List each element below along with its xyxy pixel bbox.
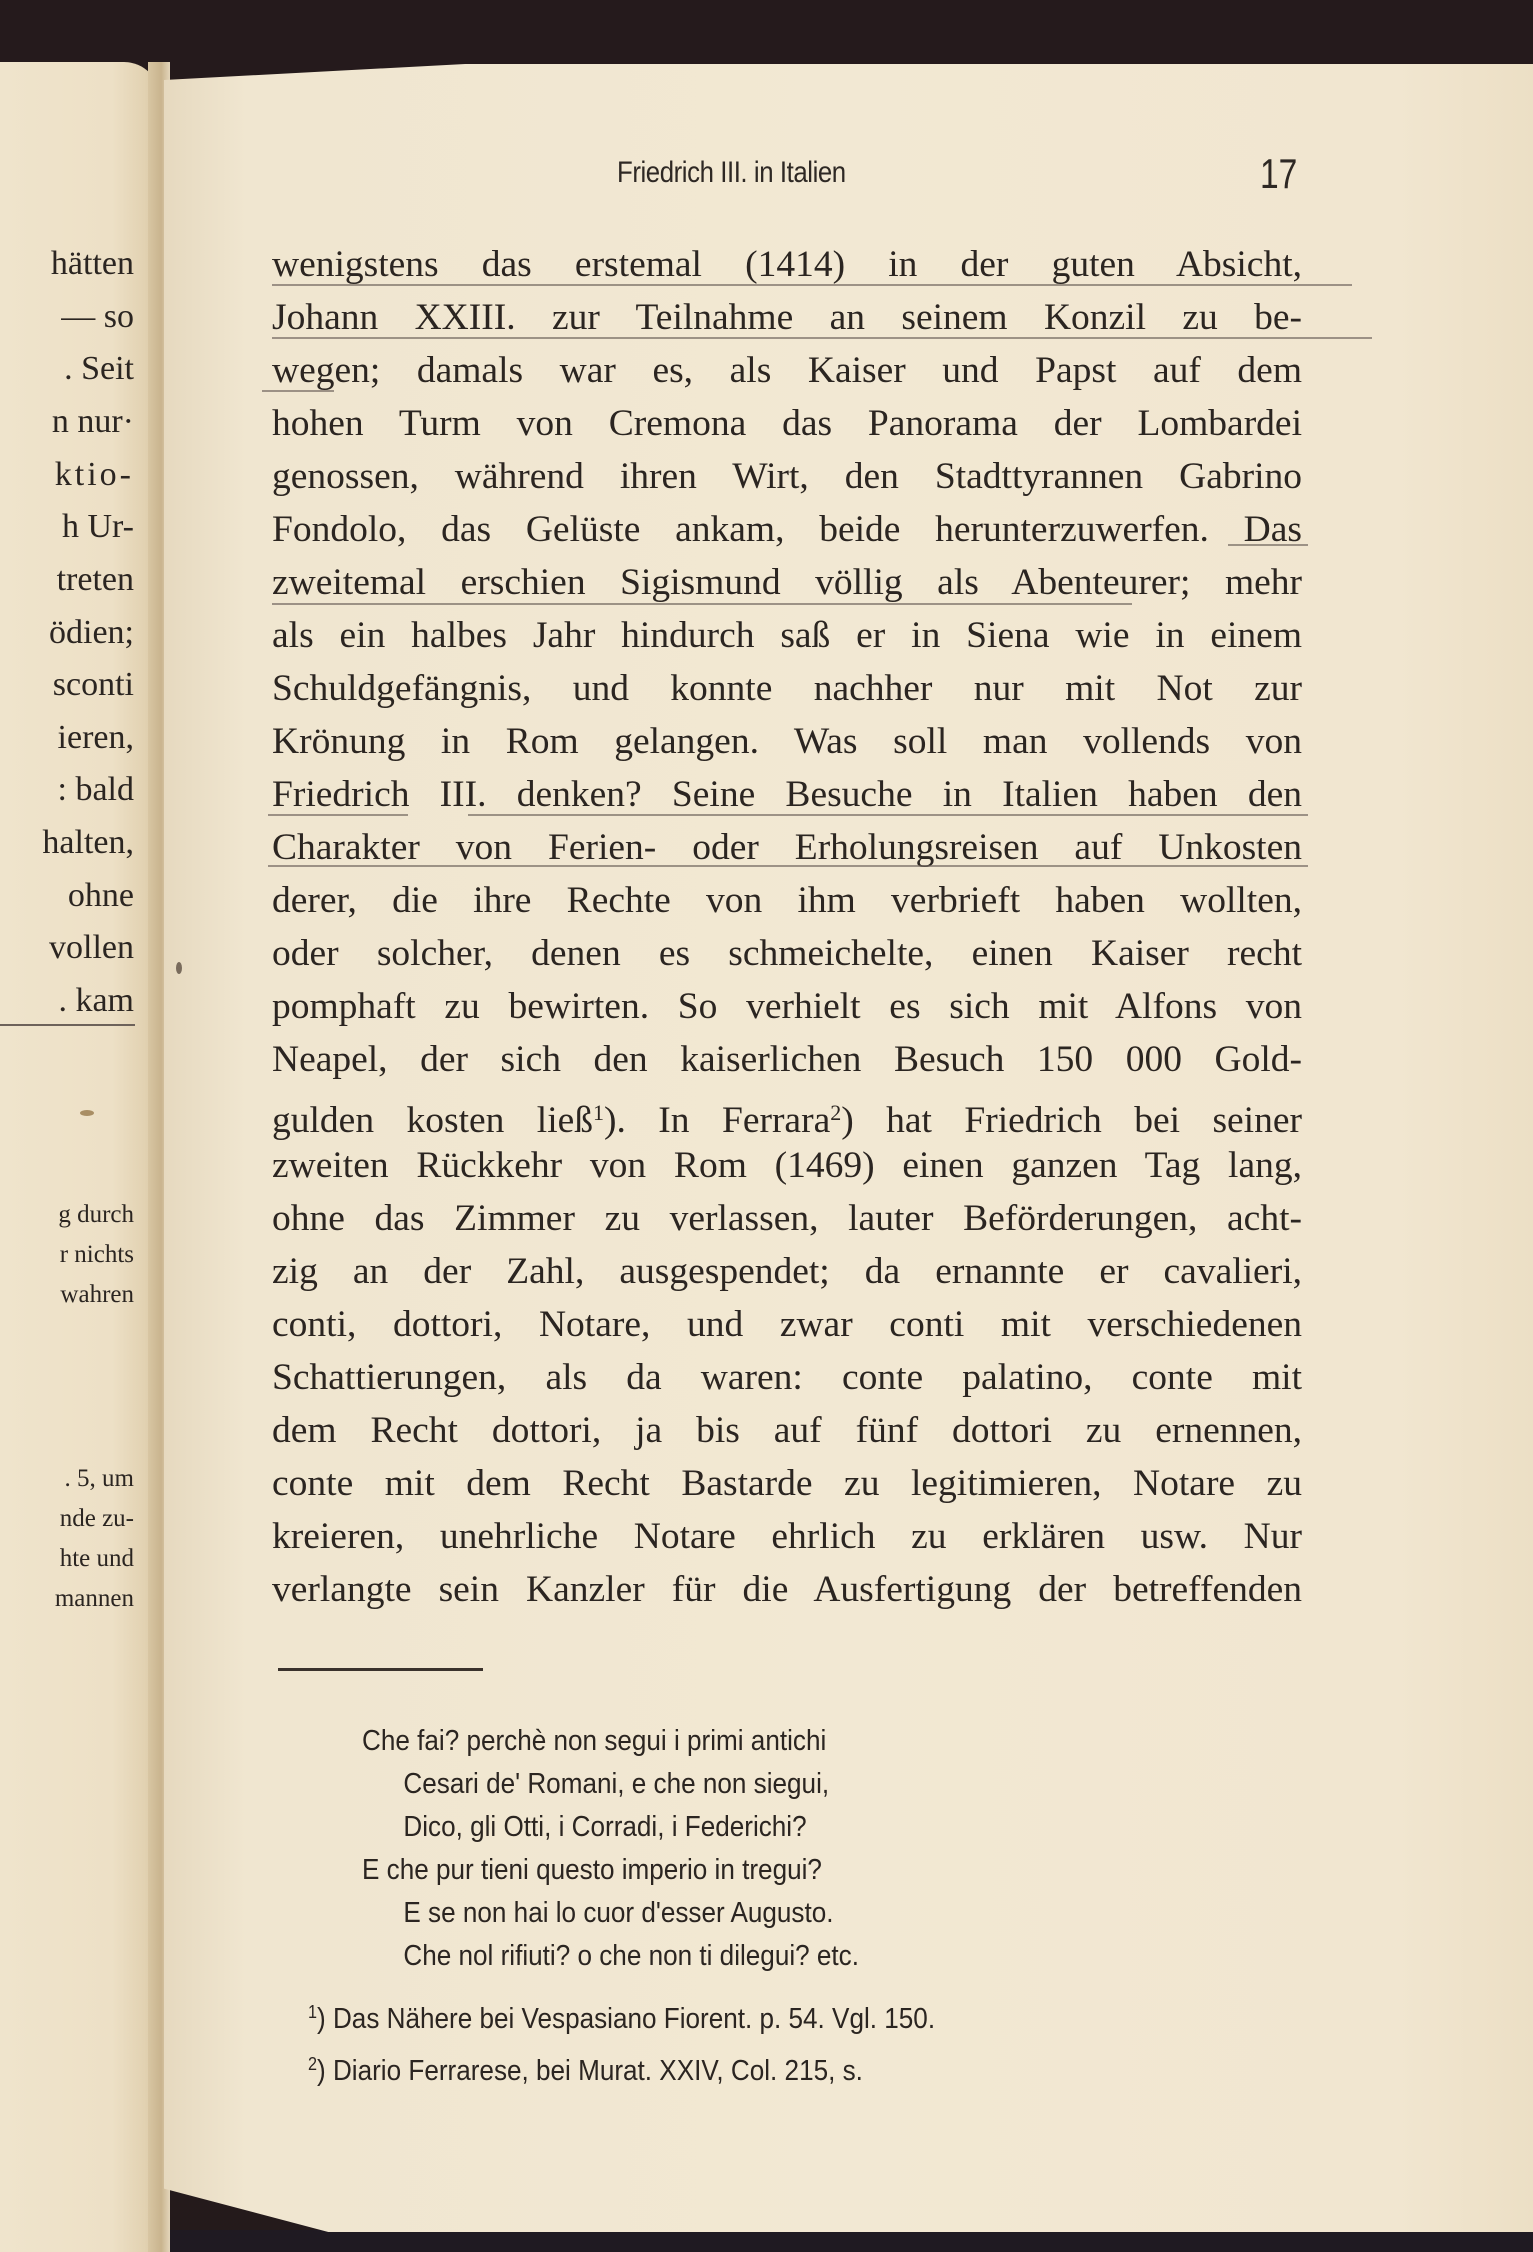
footnote-ref-2[interactable]: 2 [830, 1100, 841, 1125]
body-text: wenigstens das erstemal (1414) in der gu… [272, 238, 1302, 1616]
footnote-text: ) Das Nähere bei Vespasiano Fiorent. p. … [317, 2003, 935, 2035]
footnote-ref-1[interactable]: 1 [593, 1100, 604, 1125]
left-page-fragment: h Ur- [62, 510, 134, 544]
pencil-underline [272, 337, 1372, 339]
body-line: hohen Turm von Cremona das Panorama der … [272, 397, 1302, 450]
scan-background-top [0, 0, 1533, 70]
verse-line: E se non hai lo cuor d'esser Augusto. [362, 1892, 859, 1935]
left-page-fragment: hätten [51, 247, 134, 281]
verse-quotation: Che fai? perchè non segui i primi antich… [362, 1720, 914, 1978]
body-line: kreieren, unehrliche Notare ehrlich zu e… [272, 1510, 1302, 1563]
verse-line: Che nol rifiuti? o che non ti dilegui? e… [362, 1935, 859, 1978]
left-page-footnote-fragment: r nichts [60, 1242, 134, 1267]
footnote-divider [278, 1668, 483, 1671]
footnote-mark: 2 [308, 2054, 317, 2074]
footnote-2: 2) Diario Ferrarese, bei Murat. XXIV, Co… [308, 2042, 935, 2094]
body-line: Schuldgefängnis, und konnte nachher nur … [272, 662, 1302, 715]
body-line: zweitemal erschien Sigismund völlig als … [272, 556, 1302, 609]
body-line: conti, dottori, Notare, und zwar conti m… [272, 1298, 1302, 1351]
pencil-underline [268, 865, 1308, 867]
body-line: zweiten Rückkehr von Rom (1469) einen ga… [272, 1139, 1302, 1192]
pencil-underline [268, 814, 408, 816]
text-segment: gulden kosten ließ [272, 1100, 593, 1141]
left-page-fragment: ohne [68, 879, 134, 913]
left-page-fragment: ödien; [49, 616, 134, 650]
paper-stain [80, 1110, 94, 1116]
left-page-fragment: — so [61, 300, 134, 334]
body-line: als ein halbes Jahr hindurch saß er in S… [272, 609, 1302, 662]
running-head: Friedrich III. in Italien [617, 156, 846, 190]
text-segment: ). In Ferrara [604, 1100, 830, 1141]
body-line-with-footnote-refs: gulden kosten ließ1). In Ferrara2) hat F… [272, 1086, 1302, 1139]
body-line: conte mit dem Recht Bastarde zu legitimi… [272, 1457, 1302, 1510]
left-page-footnote-fragment: nde zu- [60, 1506, 134, 1531]
left-page-fragment: treten [57, 563, 134, 597]
left-page-footnote-fragment: . 5, um [65, 1466, 134, 1491]
body-line: derer, die ihre Rechte von ihm verbrieft… [272, 874, 1302, 927]
footnote-1: 1) Das Nähere bei Vespasiano Fiorent. p.… [308, 1990, 935, 2042]
body-line: verlangte sein Kanzler für die Ausfertig… [272, 1563, 1302, 1616]
verse-line: Che fai? perchè non segui i primi antich… [362, 1720, 859, 1763]
body-line: pomphaft zu bewirten. So verhielt es sic… [272, 980, 1302, 1033]
left-page-footnote-fragment: hte und [60, 1546, 134, 1571]
left-page-fragment: ieren, [58, 721, 134, 755]
body-line: Krönung in Rom gelangen. Was soll man vo… [272, 715, 1302, 768]
body-line: dem Recht dottori, ja bis auf fünf dotto… [272, 1404, 1302, 1457]
verse-line: E che pur tieni questo imperio in tregui… [362, 1849, 859, 1892]
left-page-fragment: n nur· [52, 405, 134, 439]
footnotes: 1) Das Nähere bei Vespasiano Fiorent. p.… [308, 1990, 1005, 2094]
body-line: oder solcher, denen es schmeichelte, ein… [272, 927, 1302, 980]
body-line: Neapel, der sich den kaiserlichen Besuch… [272, 1033, 1302, 1086]
pencil-underline [272, 603, 1132, 605]
body-line: genossen, während ihren Wirt, den Stadtt… [272, 450, 1302, 503]
body-line: Fondolo, das Gelüste ankam, beide herunt… [272, 503, 1302, 556]
verse-line: Cesari de' Romani, e che non siegui, [362, 1763, 859, 1806]
verse-line: Dico, gli Otti, i Corradi, i Federichi? [362, 1806, 859, 1849]
footnote-mark: 1 [308, 2002, 317, 2022]
left-page-fragment: . Seit [64, 352, 134, 386]
page-number: 17 [1260, 150, 1297, 198]
ink-mark [176, 962, 182, 974]
pencil-underline [262, 390, 334, 392]
pencil-underline [1228, 544, 1308, 546]
left-page-fragment: . kam [58, 984, 134, 1018]
left-page-footnote-fragment: g durch [58, 1202, 134, 1227]
body-line: wegen; damals war es, als Kaiser und Pap… [272, 344, 1302, 397]
body-line: zig an der Zahl, ausgespendet; da ernann… [272, 1245, 1302, 1298]
footnote-text: ) Diario Ferrarese, bei Murat. XXIV, Col… [317, 2055, 863, 2087]
left-page-footnote-fragment: mannen [55, 1586, 134, 1611]
scan-background-bottom [0, 2230, 1533, 2252]
left-page-fragment: halten, [42, 826, 134, 860]
left-page-fragment: sconti [53, 668, 134, 702]
text-segment: ) hat Friedrich bei seiner [841, 1100, 1302, 1141]
pencil-underline [468, 814, 1308, 816]
body-line: Schattierungen, als da waren: conte pala… [272, 1351, 1302, 1404]
left-page-fragment: : bald [58, 773, 134, 807]
left-facing-page: hätten — so . Seit n nur· ktio- h Ur- tr… [0, 62, 160, 2252]
left-page-fragment: ktio- [55, 458, 134, 492]
left-page-footnote-divider [0, 1024, 135, 1026]
left-page-footnote-fragment: wahren [60, 1282, 134, 1307]
pencil-underline [272, 284, 1352, 286]
body-line: ohne das Zimmer zu verlassen, lauter Bef… [272, 1192, 1302, 1245]
left-page-fragment: vollen [49, 931, 134, 965]
